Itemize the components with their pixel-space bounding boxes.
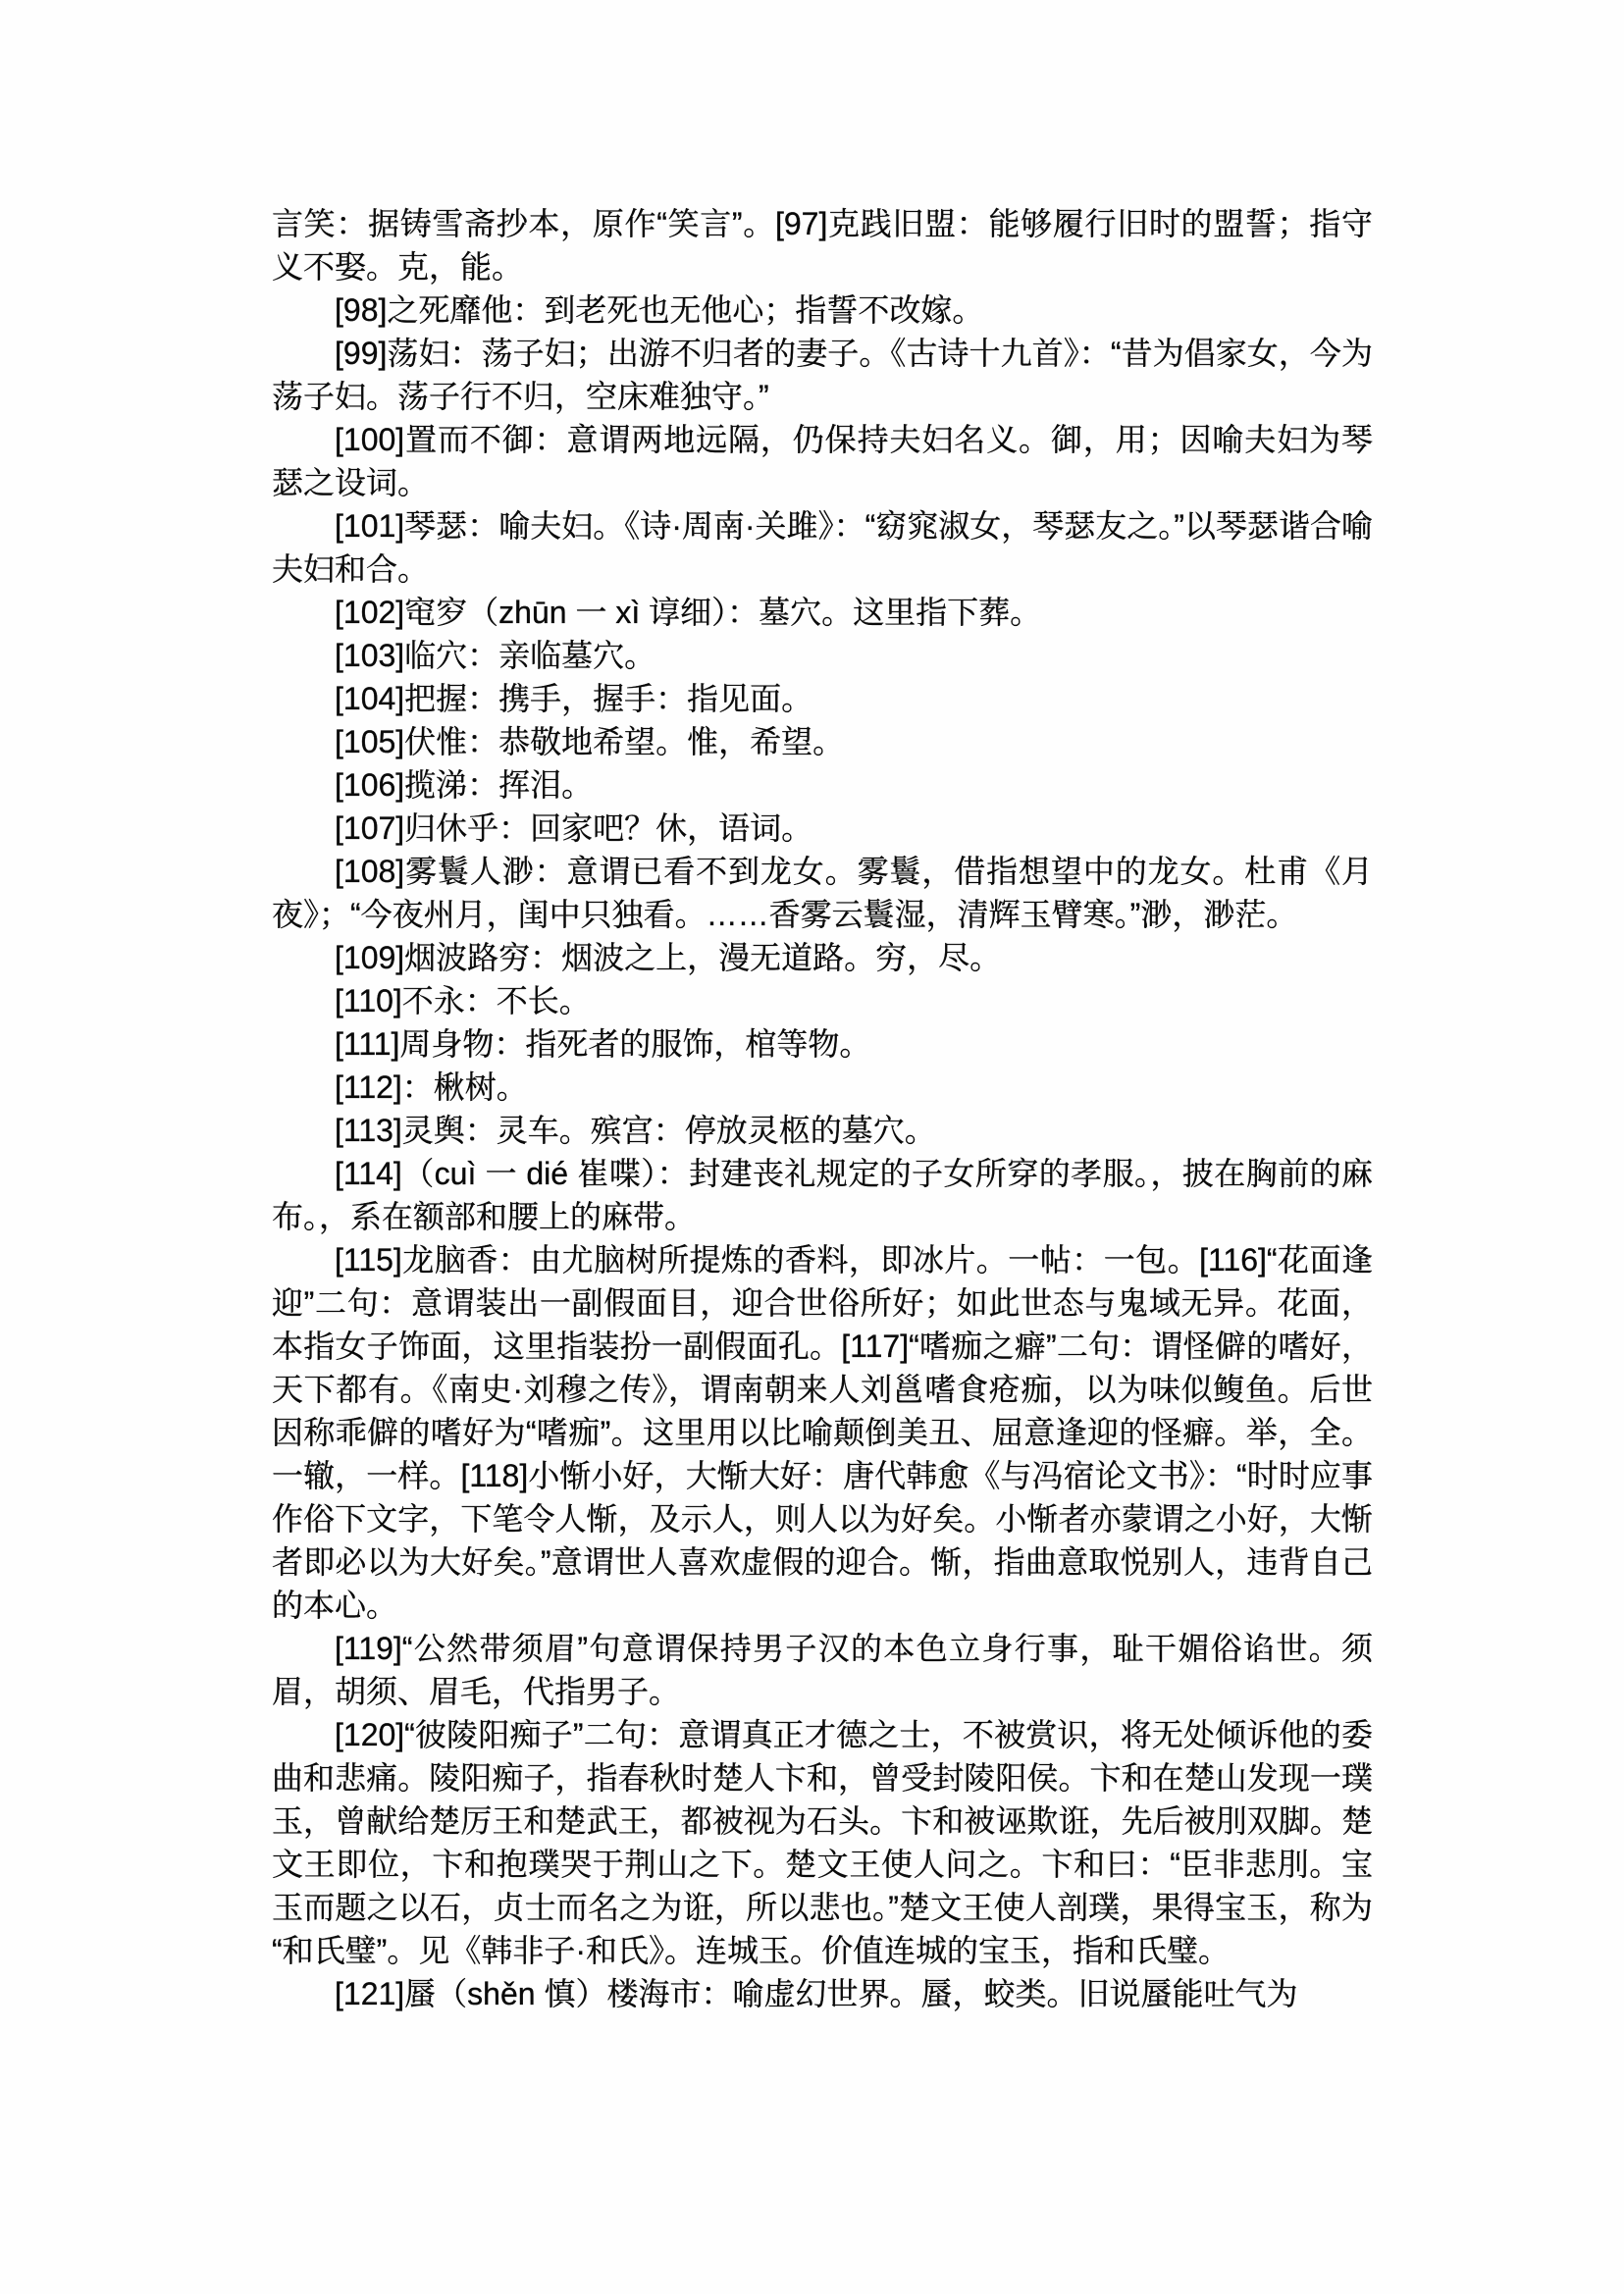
paragraph-note-112: [112]：楸树。 [272,1066,1373,1109]
paragraph-note-120: [120]“彼陵阳痴子”二句：意谓真正才德之士，不被赏识，将无处倾诉他的委曲和悲… [272,1713,1373,1972]
paragraph-note-103: [103]临穴：亲临墓穴。 [272,634,1373,677]
document-page: 言笑：据铸雪斋抄本，原作“笑言”。[97]克践旧盟：能够履行旧时的盟誓；指守义不… [0,0,1624,2294]
paragraph-note-111: [111]周身物：指死者的服饰，棺等物。 [272,1022,1373,1066]
paragraph-note-106: [106]揽涕：挥泪。 [272,763,1373,807]
paragraph-note-108: [108]雾鬟人渺：意谓已看不到龙女。雾鬟，借指想望中的龙女。杜甫《月夜》；“今… [272,850,1373,936]
paragraph-note-97-continuation: 言笑：据铸雪斋抄本，原作“笑言”。[97]克践旧盟：能够履行旧时的盟誓；指守义不… [272,202,1373,288]
paragraph-note-109: [109]烟波路穷：烟波之上，漫无道路。穷，尽。 [272,936,1373,979]
paragraph-note-104: [104]把握：携手，握手：指见面。 [272,677,1373,720]
paragraph-note-107: [107]归休乎：回家吧？休，语词。 [272,807,1373,850]
paragraph-note-102: [102]窀穸（zhūn 一 xì 谆细）：墓穴。这里指下葬。 [272,591,1373,634]
paragraph-note-110: [110]不永：不长。 [272,979,1373,1022]
paragraph-note-101: [101]琴瑟：喻夫妇。《诗·周南·关雎》：“窈窕淑女，琴瑟友之。”以琴瑟谐合喻… [272,504,1373,591]
paragraph-note-113: [113]灵舆：灵车。殡宫：停放灵柩的墓穴。 [272,1109,1373,1152]
paragraph-note-119: [119]“公然带须眉”句意谓保持男子汉的本色立身行事，耻干媚俗谄世。须眉，胡须… [272,1627,1373,1713]
paragraph-note-114: [114]（cuì 一 dié 崔喋）：封建丧礼规定的子女所穿的孝服。，披在胸前… [272,1152,1373,1238]
paragraph-note-105: [105]伏惟：恭敬地希望。惟，希望。 [272,720,1373,763]
paragraph-note-121: [121]蜃（shěn 慎）楼海市：喻虚幻世界。蜃，蛟类。旧说蜃能吐气为 [272,1972,1373,2015]
paragraph-note-99: [99]荡妇：荡子妇；出游不归者的妻子。《古诗十九首》：“昔为倡家女，今为荡子妇… [272,332,1373,418]
paragraph-notes-115-118: [115]龙脑香：由尤脑树所提炼的香料，即冰片。一帖：一包。[116]“花面逢迎… [272,1238,1373,1627]
paragraph-note-98: [98]之死靡他：到老死也无他心；指誓不改嫁。 [272,288,1373,332]
text-column: 言笑：据铸雪斋抄本，原作“笑言”。[97]克践旧盟：能够履行旧时的盟誓；指守义不… [272,202,1373,2015]
paragraph-note-100: [100]置而不御：意谓两地远隔，仍保持夫妇名义。御，用；因喻夫妇为琴瑟之设词。 [272,418,1373,504]
